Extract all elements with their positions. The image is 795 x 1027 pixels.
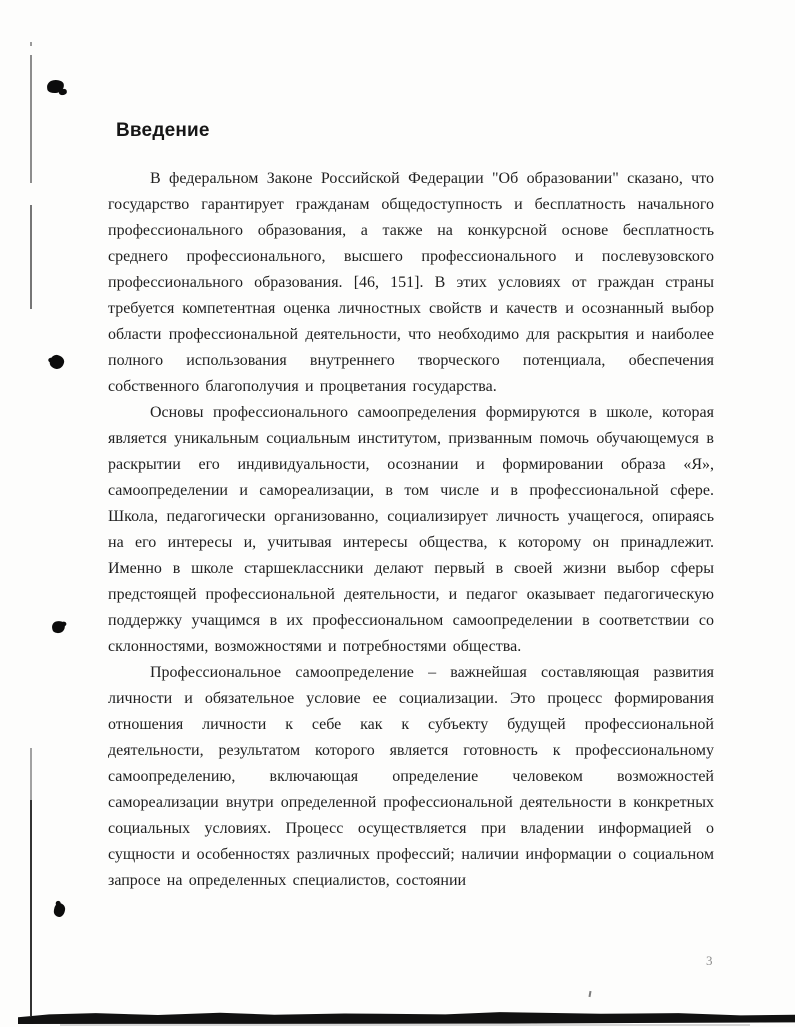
bottom-scan-bar-shadow [60,1024,750,1026]
paragraph-2: Основы профессионального самоопределения… [108,400,714,660]
scanned-page: Введение В федеральном Законе Российской… [0,0,795,1027]
edge-line-segment [30,205,32,309]
edge-line-segment [30,55,32,183]
edge-line-segment [30,800,32,1016]
ink-blob-artifact [51,620,67,635]
ink-blob-artifact [49,354,66,371]
text-block: Введение В федеральном Законе Российской… [108,120,714,894]
bottom-scan-bar [18,1008,795,1024]
ink-blob-artifact [53,902,65,917]
ink-blob-artifact [46,79,65,94]
paragraph-1: В федеральном Законе Российской Федераци… [108,166,714,400]
page-number: 3 [706,953,713,969]
paragraph-3: Профессиональное самоопределение – важне… [108,660,714,894]
section-heading: Введение [116,120,714,142]
scan-speck [30,42,32,46]
edge-line-segment [30,748,32,802]
stray-scan-mark [588,991,591,997]
page-edge-scan-line [30,0,32,1027]
